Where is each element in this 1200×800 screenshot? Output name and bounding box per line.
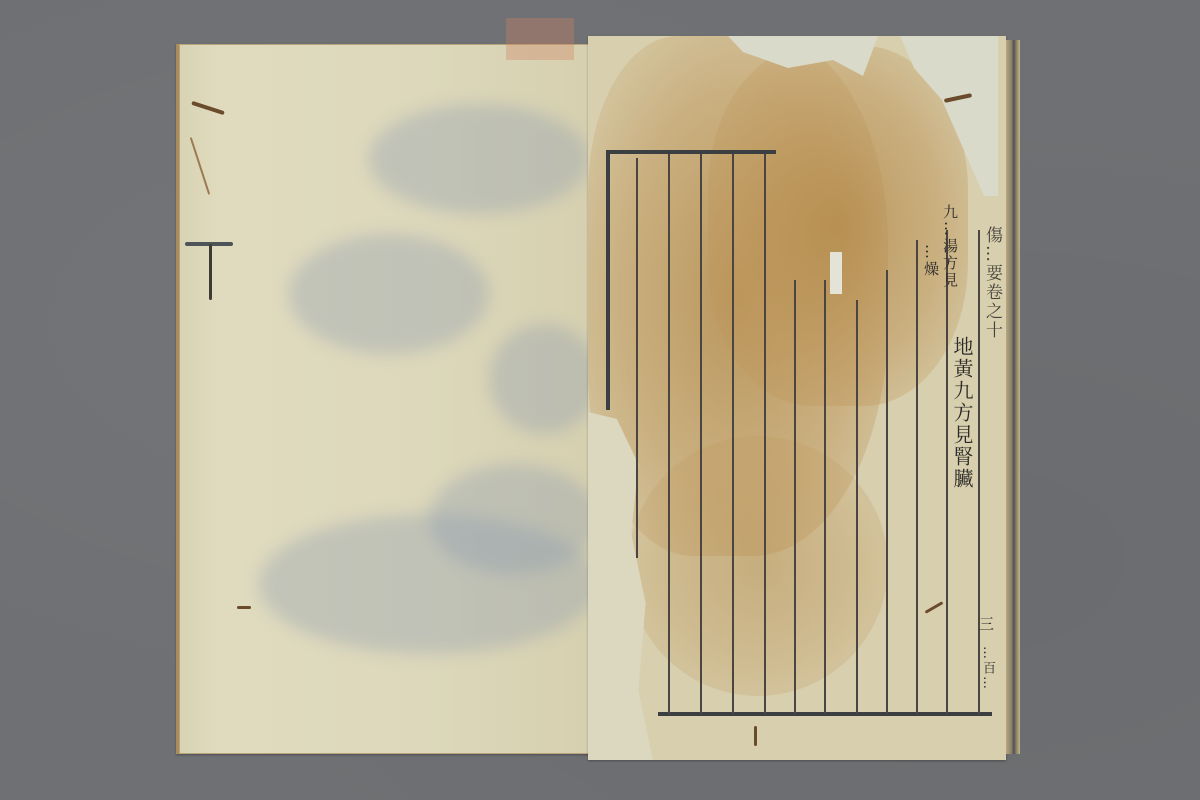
ink-showthrough — [369, 104, 589, 214]
recipe-reference-column: 九…湯方見 — [940, 204, 961, 289]
folio-number: 三 — [976, 616, 997, 633]
seal-stamp-faded — [506, 18, 574, 60]
column-rule — [636, 158, 638, 558]
frame-top-rule — [606, 150, 776, 154]
column-rule — [916, 240, 918, 714]
recipe-reference-column: …燥 — [921, 244, 942, 278]
column-rule — [700, 154, 702, 714]
column-rule — [886, 270, 888, 714]
right-page-printed: 傷…要卷之十 九…湯方見 …燥 地黃九方見腎臟 三 …百… — [588, 36, 1006, 760]
column-rule — [856, 300, 858, 714]
frame-left-rule — [606, 150, 610, 410]
printed-border-frame — [606, 150, 992, 716]
folio-number: …百… — [978, 646, 997, 691]
column-rule — [824, 280, 826, 714]
crease-mark — [190, 137, 210, 195]
column-rule — [794, 280, 796, 714]
book-spine-edge — [1006, 40, 1020, 754]
column-rule — [764, 154, 766, 714]
open-book: 傷…要卷之十 九…湯方見 …燥 地黃九方見腎臟 三 …百… — [176, 36, 1026, 762]
wormhole-mark — [209, 244, 212, 300]
ink-showthrough — [489, 324, 599, 434]
ink-showthrough — [259, 514, 599, 654]
column-rule — [668, 154, 670, 714]
wormhole-mark — [237, 606, 251, 609]
ink-showthrough — [289, 234, 489, 354]
volume-title-column: 傷…要卷之十 — [980, 226, 1005, 340]
wormhole-mark — [754, 726, 757, 746]
wormhole-mark — [191, 101, 225, 115]
left-page-blank — [176, 44, 591, 754]
column-rule — [732, 154, 734, 714]
recipe-reference-column: 地黃九方見腎臟 — [948, 336, 977, 490]
